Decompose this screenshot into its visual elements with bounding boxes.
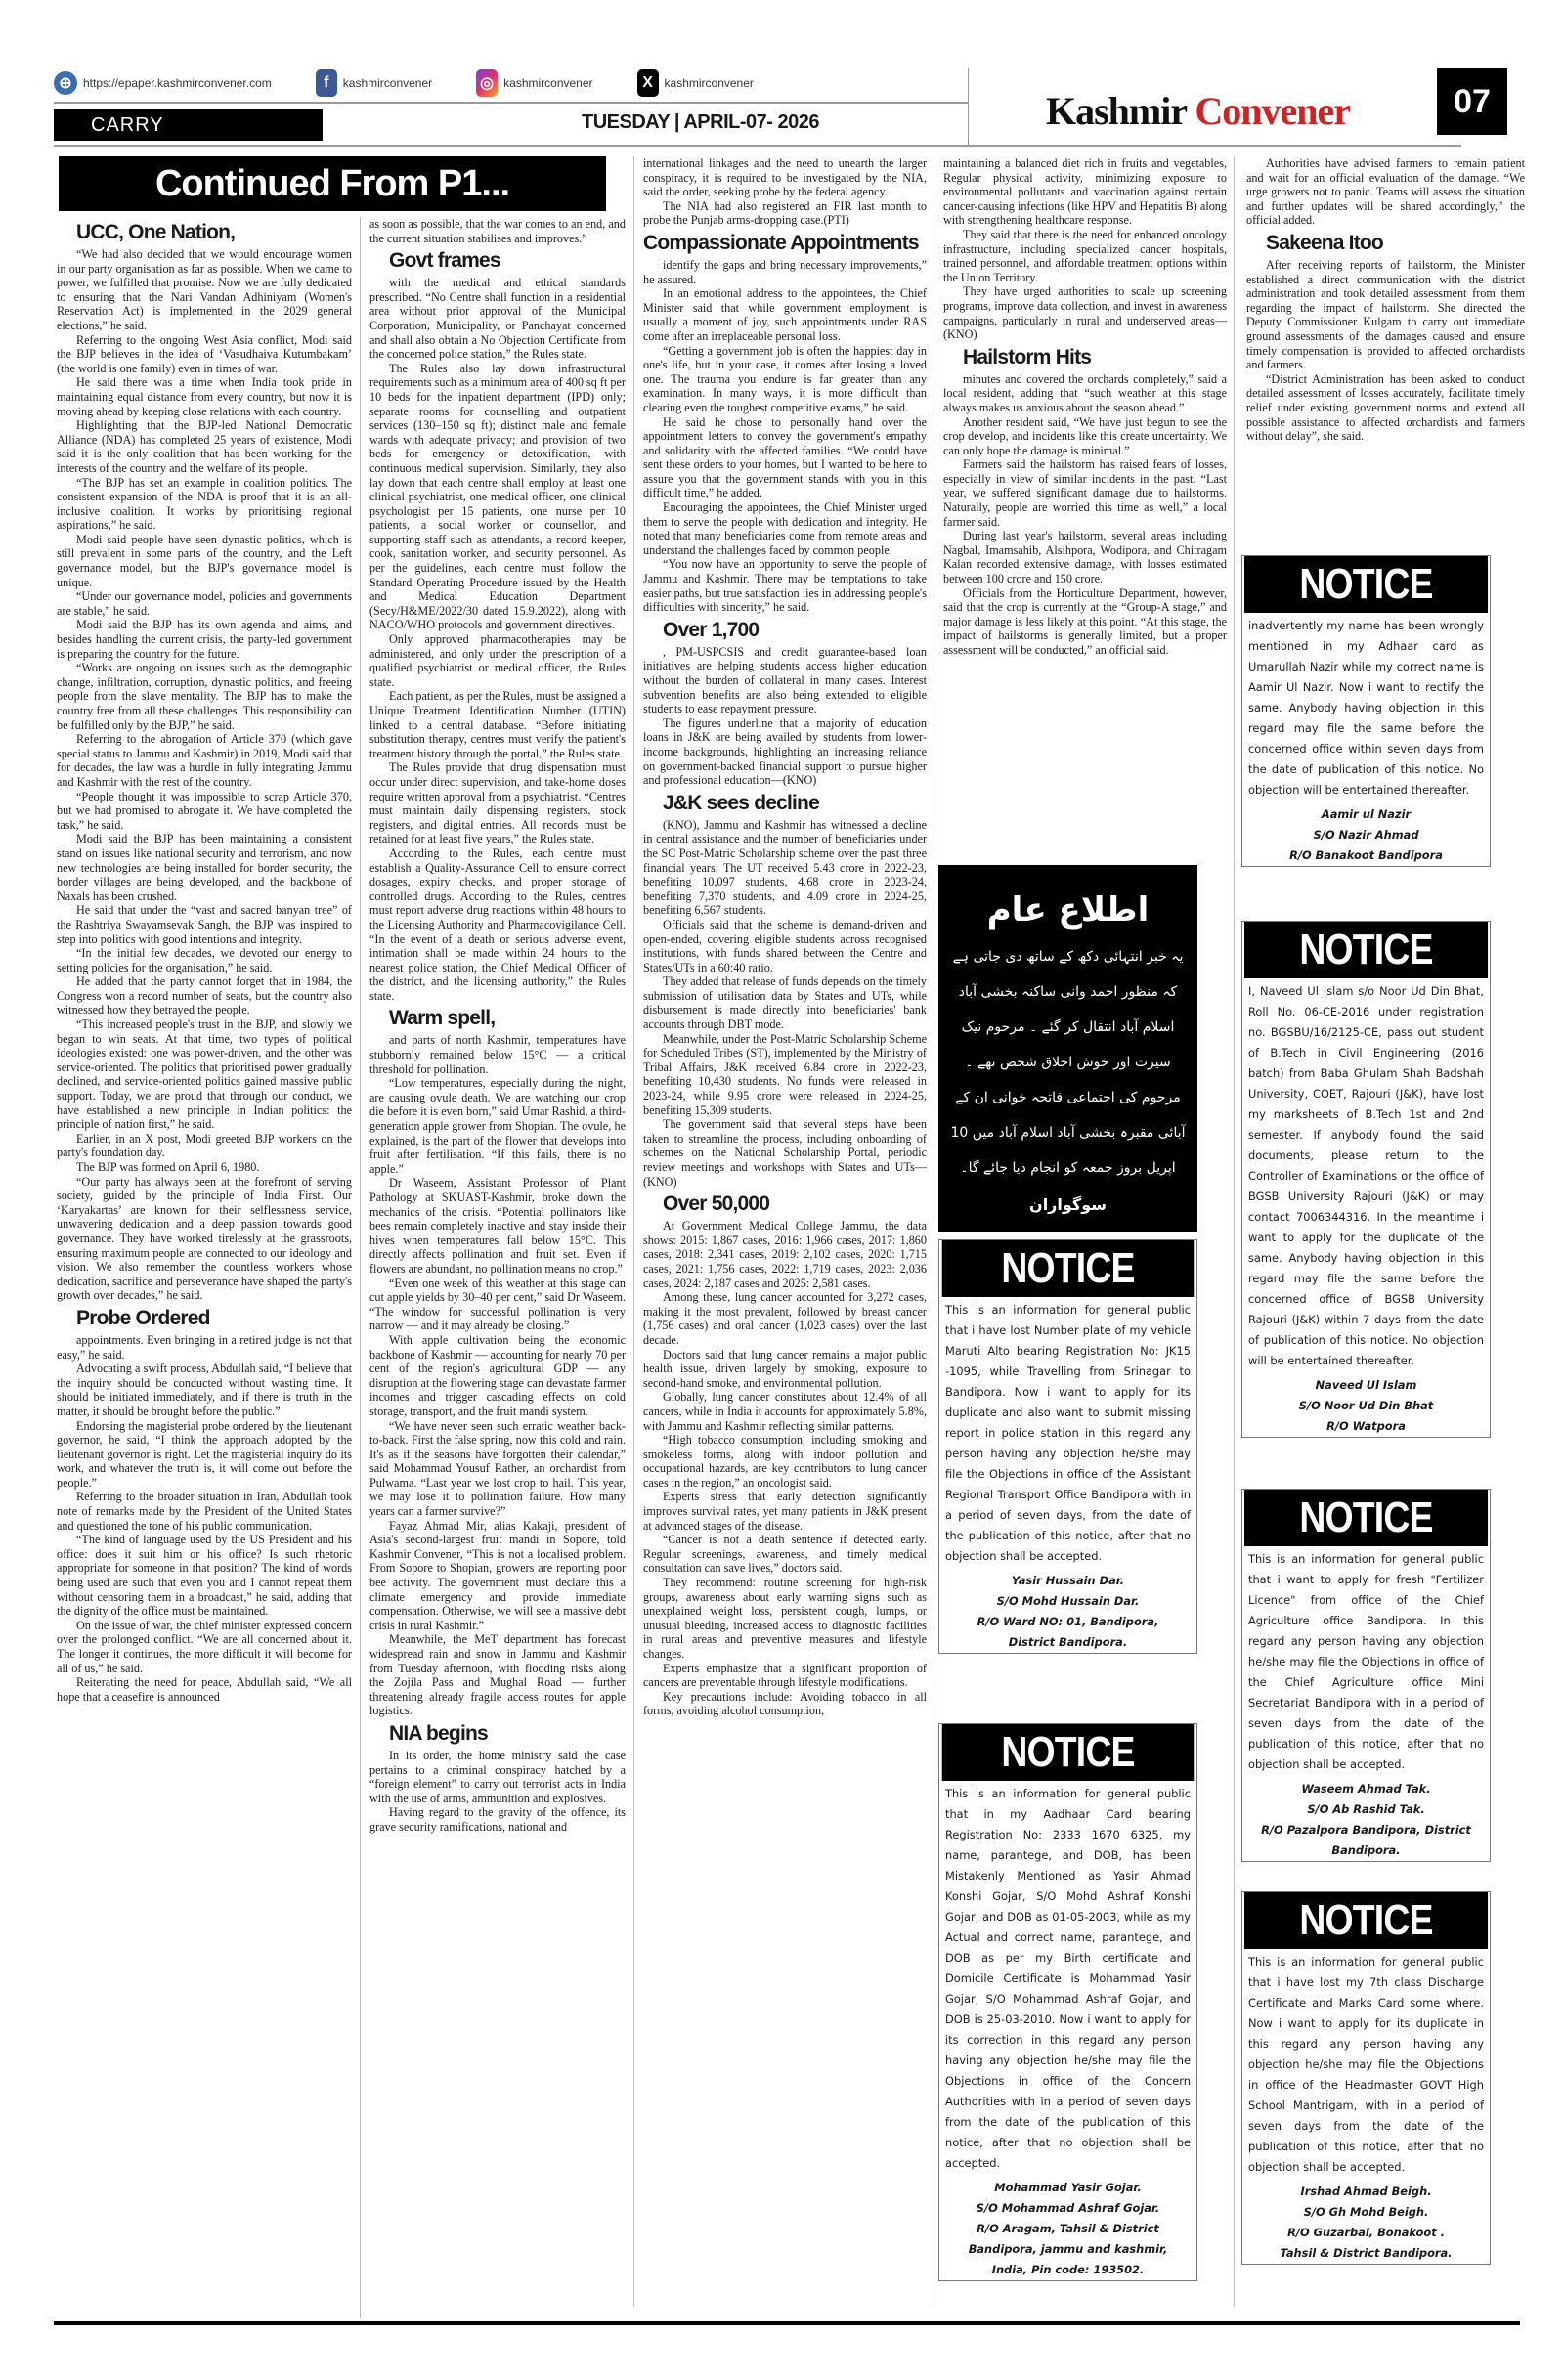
notice-heading: NOTICE — [1244, 1490, 1488, 1546]
notice-signature: Naveed Ul Islam S/O Noor Ud Din Bhat R/O… — [1242, 1375, 1490, 1437]
notice-name-rectification: NOTICE inadvertently my name has been wr… — [1241, 555, 1491, 867]
column-divider — [633, 156, 634, 2307]
heading-sakeena-itoo: Sakeena Itoo — [1246, 230, 1525, 257]
heading-over-1700: Over 1,700 — [643, 617, 927, 644]
page-header: ⊕ https://epaper.kashmirconvener.com f k… — [54, 59, 1520, 147]
heading-hailstorm-hits: Hailstorm Hits — [943, 344, 1227, 371]
column-divider — [934, 156, 934, 2307]
article-ucc: UCC, One Nation, “We had also decided th… — [57, 217, 352, 1704]
notice-aadhaar-correction: NOTICE This is an information for genera… — [938, 1723, 1197, 2281]
notice-body: I, Naveed Ul Islam s/o Noor Ud Din Bhat,… — [1242, 978, 1490, 1375]
notice-heading: NOTICE — [1244, 556, 1488, 613]
notice-heading: NOTICE — [1244, 922, 1488, 978]
notice-fertilizer-licence: NOTICE This is an information for genera… — [1241, 1489, 1491, 1862]
heading-ucc: UCC, One Nation, — [57, 219, 352, 246]
facebook-handle: kashmirconvener — [343, 76, 432, 90]
heading-warm-spell: Warm spell, — [369, 1005, 626, 1032]
masthead-logo: Kashmir Convener — [1046, 88, 1350, 134]
continued-banner: Continued From P1... — [59, 156, 606, 211]
urdu-notice-title: اطلاع عام — [948, 890, 1188, 930]
notice-signature: Waseem Ahmad Tak. S/O Ab Rashid Tak. R/O… — [1242, 1779, 1490, 1861]
masthead-kashmir: Kashmir — [1046, 89, 1186, 133]
x-handle: kashmirconvener — [665, 76, 754, 90]
instagram-icon: ◎ — [476, 69, 498, 97]
heading-jk-sees-decline: J&K sees decline — [643, 790, 927, 817]
header-separator — [968, 68, 969, 147]
website-link[interactable]: ⊕ https://epaper.kashmirconvener.com — [54, 71, 272, 95]
notice-heading: NOTICE — [942, 1240, 1195, 1297]
heading-govt-frames: Govt frames — [369, 247, 626, 275]
website-url: https://epaper.kashmirconvener.com — [83, 76, 272, 90]
column-divider — [360, 217, 361, 2318]
urdu-notice-body: یہ خبر انتہائی دکھ کے ساتھ دی جاتی ہے کہ… — [948, 939, 1188, 1186]
page-number: 07 — [1437, 68, 1507, 135]
notice-signature: Aamir ul Nazir S/O Nazir Ahmad R/O Banak… — [1242, 804, 1490, 866]
notice-signature: Yasir Hussain Dar. S/O Mohd Hussain Dar.… — [939, 1571, 1196, 1653]
column-divider — [1234, 156, 1235, 2307]
notice-signature: Irshad Ahmad Beigh. S/O Gh Mohd Beigh. R… — [1242, 2182, 1490, 2264]
heading-compassionate-appointments: Compassionate Appointments — [643, 230, 927, 257]
urdu-obituary-notice: اطلاع عام یہ خبر انتہائی دکھ کے ساتھ دی … — [938, 865, 1197, 1232]
instagram-handle: kashmirconvener — [503, 76, 592, 90]
notice-heading: NOTICE — [1244, 1892, 1488, 1949]
article-sakeena-itoo: Authorities have advised farmers to rema… — [1246, 156, 1525, 444]
facebook-icon: f — [316, 69, 337, 97]
social-bar: ⊕ https://epaper.kashmirconvener.com f k… — [54, 65, 968, 104]
notice-lost-certificate: NOTICE This is an information for genera… — [1241, 1891, 1491, 2265]
heading-over-50000: Over 50,000 — [643, 1190, 927, 1218]
page-bottom-rule — [54, 2321, 1520, 2325]
notice-heading: NOTICE — [942, 1724, 1195, 1781]
article-govt-frames: as soon as possible, that the war comes … — [369, 217, 626, 1835]
article-hailstorm: maintaining a balanced diet rich in frui… — [943, 156, 1227, 658]
heading-probe-ordered: Probe Ordered — [57, 1305, 352, 1332]
notice-body: This is an information for general publi… — [939, 1781, 1196, 2178]
article-compassionate: international linkages and the need to u… — [643, 156, 927, 1718]
globe-icon: ⊕ — [54, 71, 77, 95]
heading-nia-begins: NIA begins — [369, 1720, 626, 1748]
urdu-notice-signature: سوگواران — [948, 1195, 1188, 1214]
masthead-convener: Convener — [1195, 89, 1350, 133]
notice-signature: Mohammad Yasir Gojar. S/O Mohammad Ashra… — [939, 2178, 1196, 2280]
header-divider — [54, 145, 1461, 147]
x-link[interactable]: X kashmirconvener — [637, 69, 754, 97]
notice-body: inadvertently my name has been wrongly m… — [1242, 613, 1490, 804]
notice-body: This is an information for general publi… — [1242, 1546, 1490, 1779]
notice-number-plate: NOTICE This is an information for genera… — [938, 1239, 1197, 1654]
notice-body: This is an information for general publi… — [939, 1297, 1196, 1571]
instagram-link[interactable]: ◎ kashmirconvener — [476, 69, 592, 97]
notice-body: This is an information for general publi… — [1242, 1949, 1490, 2182]
facebook-link[interactable]: f kashmirconvener — [316, 69, 432, 97]
notice-lost-marksheets: NOTICE I, Naveed Ul Islam s/o Noor Ud Di… — [1241, 921, 1491, 1438]
section-label: CARRY — [54, 109, 323, 141]
x-icon: X — [637, 69, 659, 97]
issue-date: TUESDAY | APRIL-07- 2026 — [582, 111, 819, 134]
